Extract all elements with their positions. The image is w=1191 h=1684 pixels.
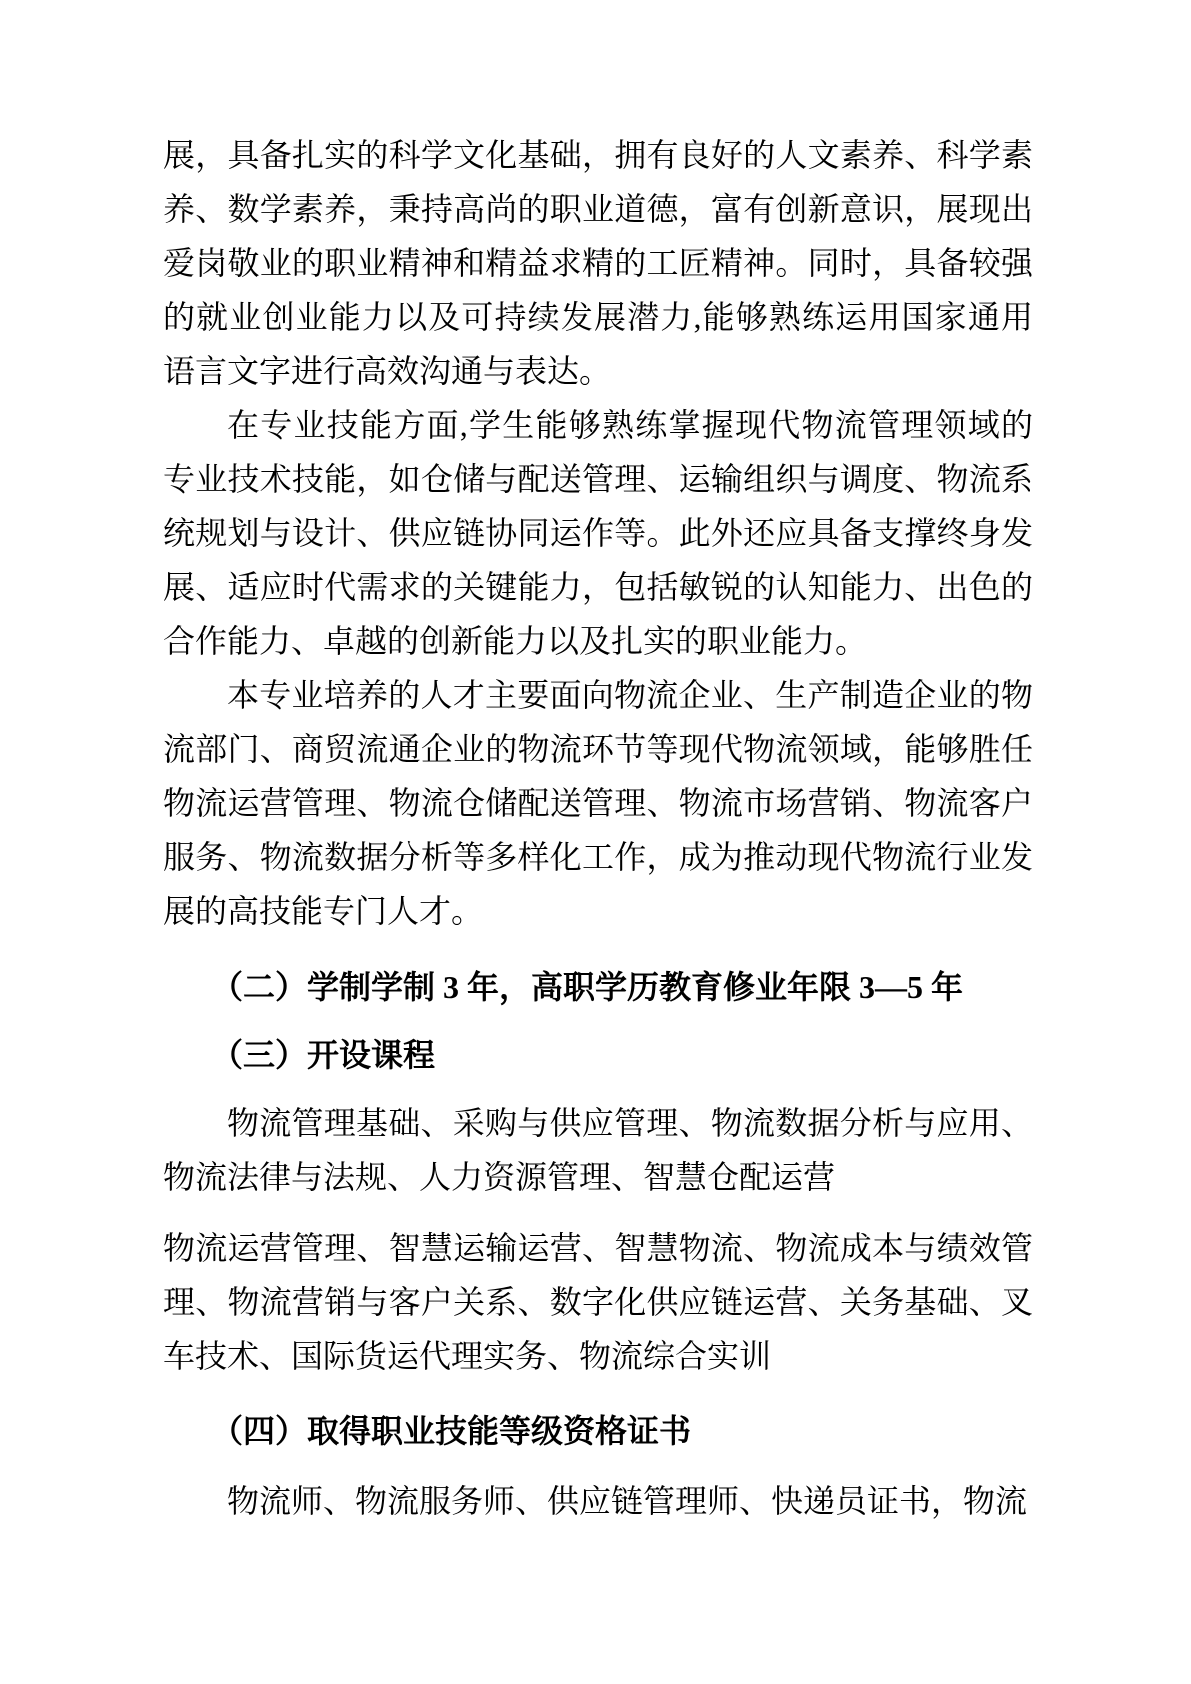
heading-section-3-courses: （三）开设课程: [163, 1028, 1033, 1082]
paragraph-certificate-list: 物流师、物流服务师、供应链管理师、快递员证书，物流: [163, 1474, 1033, 1528]
paragraph-course-list-1: 物流管理基础、采购与供应管理、物流数据分析与应用、物流法律与法规、人力资源管理、…: [163, 1096, 1033, 1204]
document-page: 展，具备扎实的科学文化基础，拥有良好的人文素养、科学素养、数学素养，秉持高尚的职…: [0, 0, 1191, 1684]
paragraph-training-orientation: 本专业培养的人才主要面向物流企业、生产制造企业的物流部门、商贸流通企业的物流环节…: [163, 668, 1033, 938]
paragraph-professional-skills: 在专业技能方面,学生能够熟练掌握现代物流管理领域的专业技术技能，如仓储与配送管理…: [163, 398, 1033, 668]
paragraph-continuation-qualities: 展，具备扎实的科学文化基础，拥有良好的人文素养、科学素养、数学素养，秉持高尚的职…: [163, 128, 1033, 398]
heading-section-2-schooling-length: （二）学制学制 3 年，高职学历教育修业年限 3—5 年: [163, 960, 1033, 1014]
paragraph-course-list-2: 物流运营管理、智慧运输运营、智慧物流、物流成本与绩效管理、物流营销与客户关系、数…: [163, 1221, 1033, 1383]
document-content: 展，具备扎实的科学文化基础，拥有良好的人文素养、科学素养、数学素养，秉持高尚的职…: [163, 128, 1033, 1528]
heading-section-4-certificates: （四）取得职业技能等级资格证书: [163, 1404, 1033, 1458]
